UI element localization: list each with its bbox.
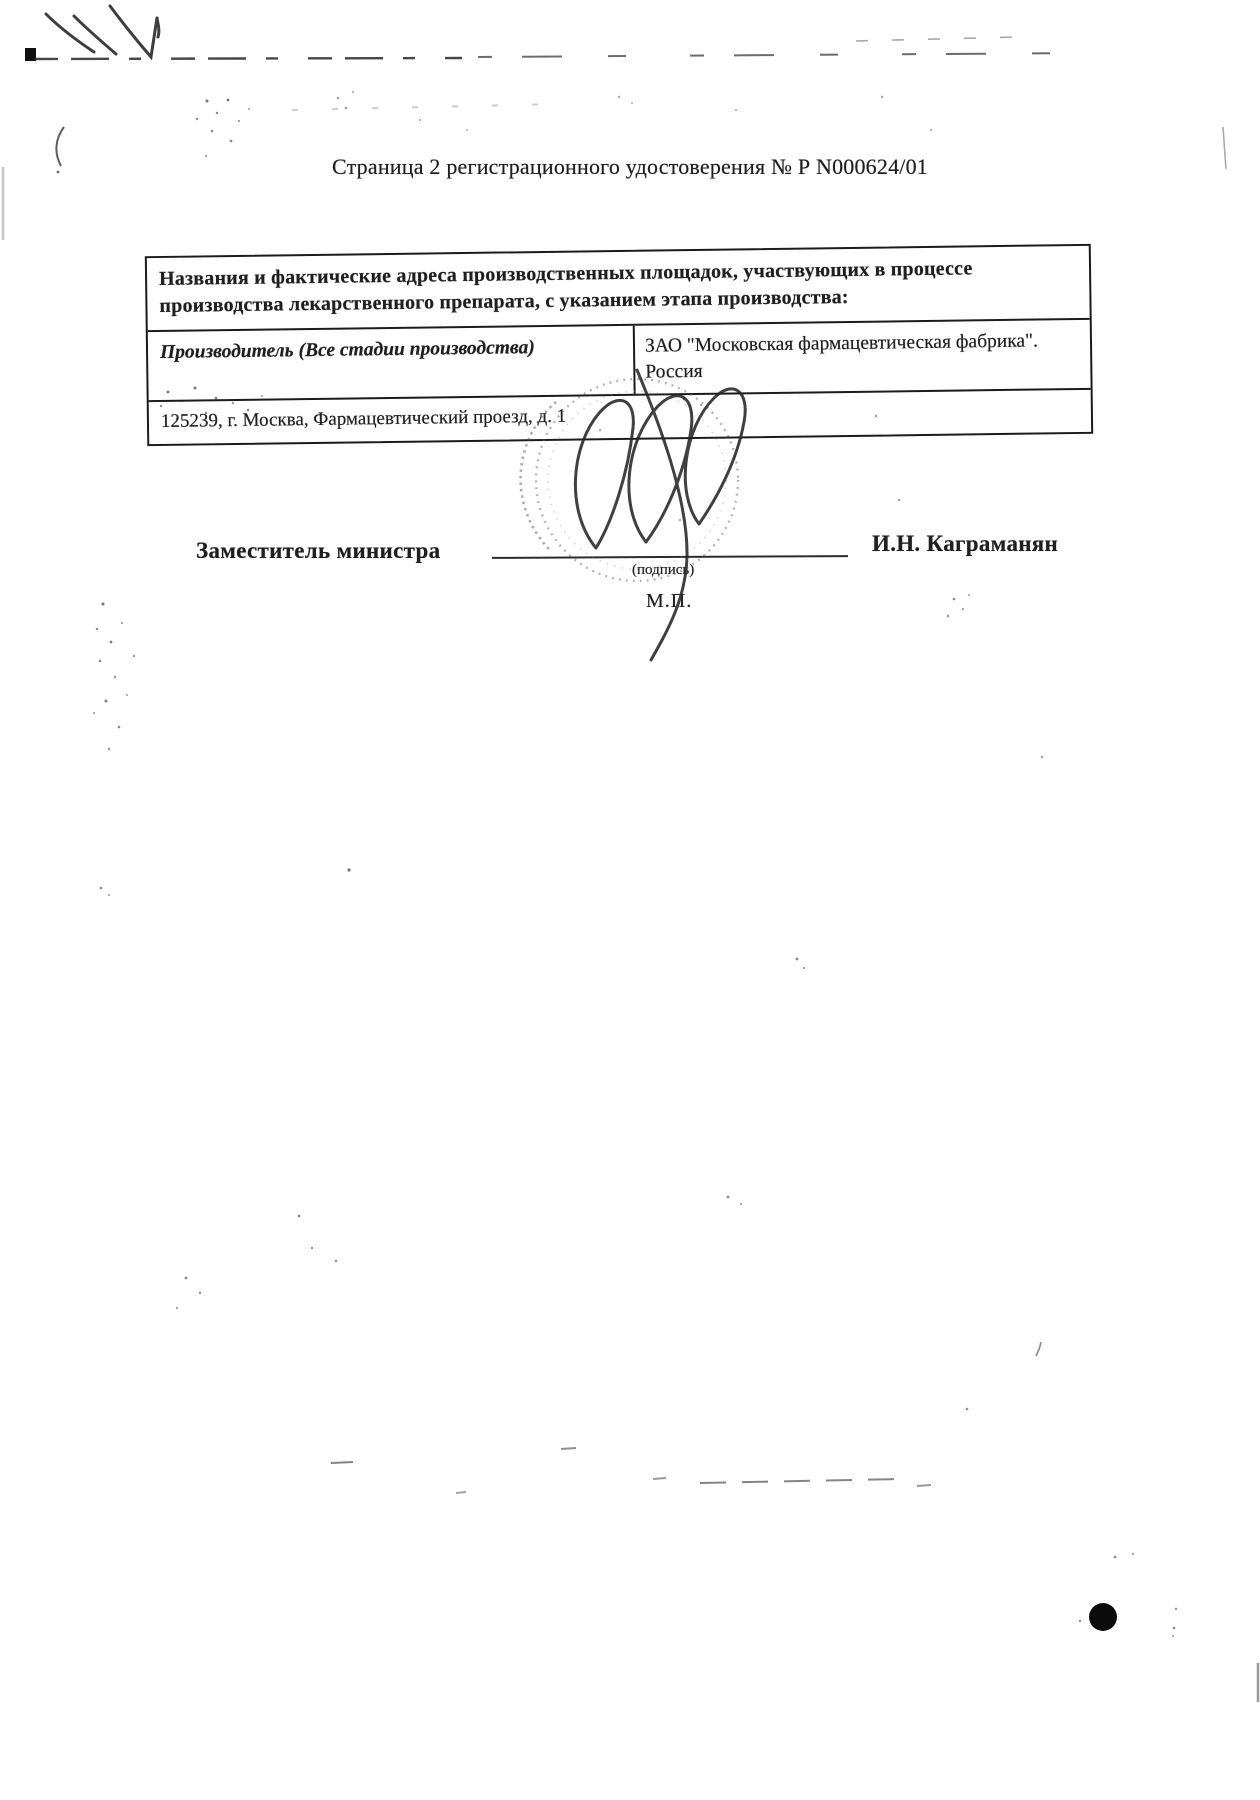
- signature-caption: (подпись): [632, 562, 694, 579]
- ink-dot: [1089, 1603, 1117, 1631]
- signer-title: Заместитель министра: [196, 538, 440, 564]
- scanned-document-page: Страница 2 регистрационного удостоверени…: [0, 0, 1260, 1800]
- table-row: Производитель (Все стадии производства) …: [148, 320, 1091, 402]
- ink-square-mark: [25, 48, 36, 61]
- signature-line: [492, 555, 848, 559]
- table-header-cell: Названия и фактические адреса производст…: [147, 246, 1090, 332]
- page-header: Страница 2 регистрационного удостоверени…: [0, 154, 1260, 180]
- pen-marks: [46, 6, 159, 57]
- production-sites-table: Названия и фактические адреса производст…: [145, 244, 1093, 446]
- producer-name-cell: ЗАО "Московская фармацевтическая фабрика…: [635, 320, 1091, 394]
- signer-name: И.Н. Каграманян: [872, 531, 1058, 557]
- stamp-place-label: М.П.: [646, 590, 692, 613]
- producer-role-cell: Производитель (Все стадии производства): [148, 326, 636, 400]
